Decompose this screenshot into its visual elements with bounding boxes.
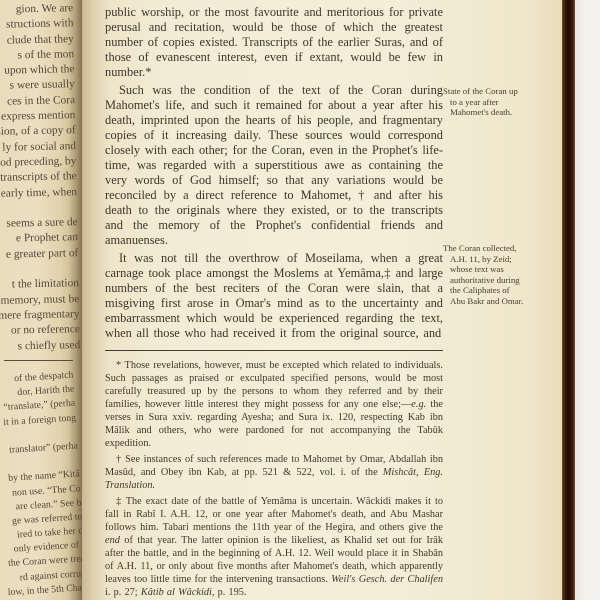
margin-note-text: The Coran collected, A.H. 11, by Zeid; w… [443,243,525,307]
footnote-double-dagger: ‡ The exact date of the battle of Yemâma… [105,495,443,599]
footnote-dagger: † See instances of such references made … [105,453,443,492]
paragraph-coran-collected: It was not till the overthrow of Moseila… [105,251,443,341]
background-surface [575,0,600,600]
left-page-curled-edge [68,0,82,600]
footnote-segment: Kâtib al Wâckidi [141,587,212,598]
footnote-segment: Weil's Gesch. der Chalifen [331,574,443,585]
margin-note-coran-collected: The Coran collected, A.H. 11, by Zeid; w… [443,243,525,307]
footnote-segment: * Those revelations, however, must be ex… [105,360,443,410]
left-page: gion. We are structions with clude that … [0,0,82,600]
footnote-segment: i. p. 27; [105,587,141,598]
book-scan: gion. We are structions with clude that … [0,0,600,600]
footnote-asterisk: * Those revelations, however, must be ex… [105,359,443,450]
left-page-footnote-rule [4,360,73,361]
paragraph-continuation: public worship, or the most favourite an… [105,5,443,80]
main-text-column: public worship, or the most favourite an… [105,5,443,600]
footnotes: * Those revelations, however, must be ex… [105,359,443,599]
footnote-rule [105,350,443,351]
footnote-segment: end [105,535,120,546]
margin-note-text: State of the Coran up to a year after Ma… [443,86,525,118]
right-page: public worship, or the most favourite an… [82,0,562,600]
footnote-segment: , p. 195. [212,587,247,598]
paragraph-state-of-coran: Such was the condition of the text of th… [105,83,443,248]
footnote-segment: ‡ The exact date of the battle of Yemâma… [105,496,443,533]
book-binding-edge [562,0,575,600]
footnote-segment: e.g. [411,399,426,410]
margin-note-state-of-coran: State of the Coran up to a year after Ma… [443,86,525,118]
